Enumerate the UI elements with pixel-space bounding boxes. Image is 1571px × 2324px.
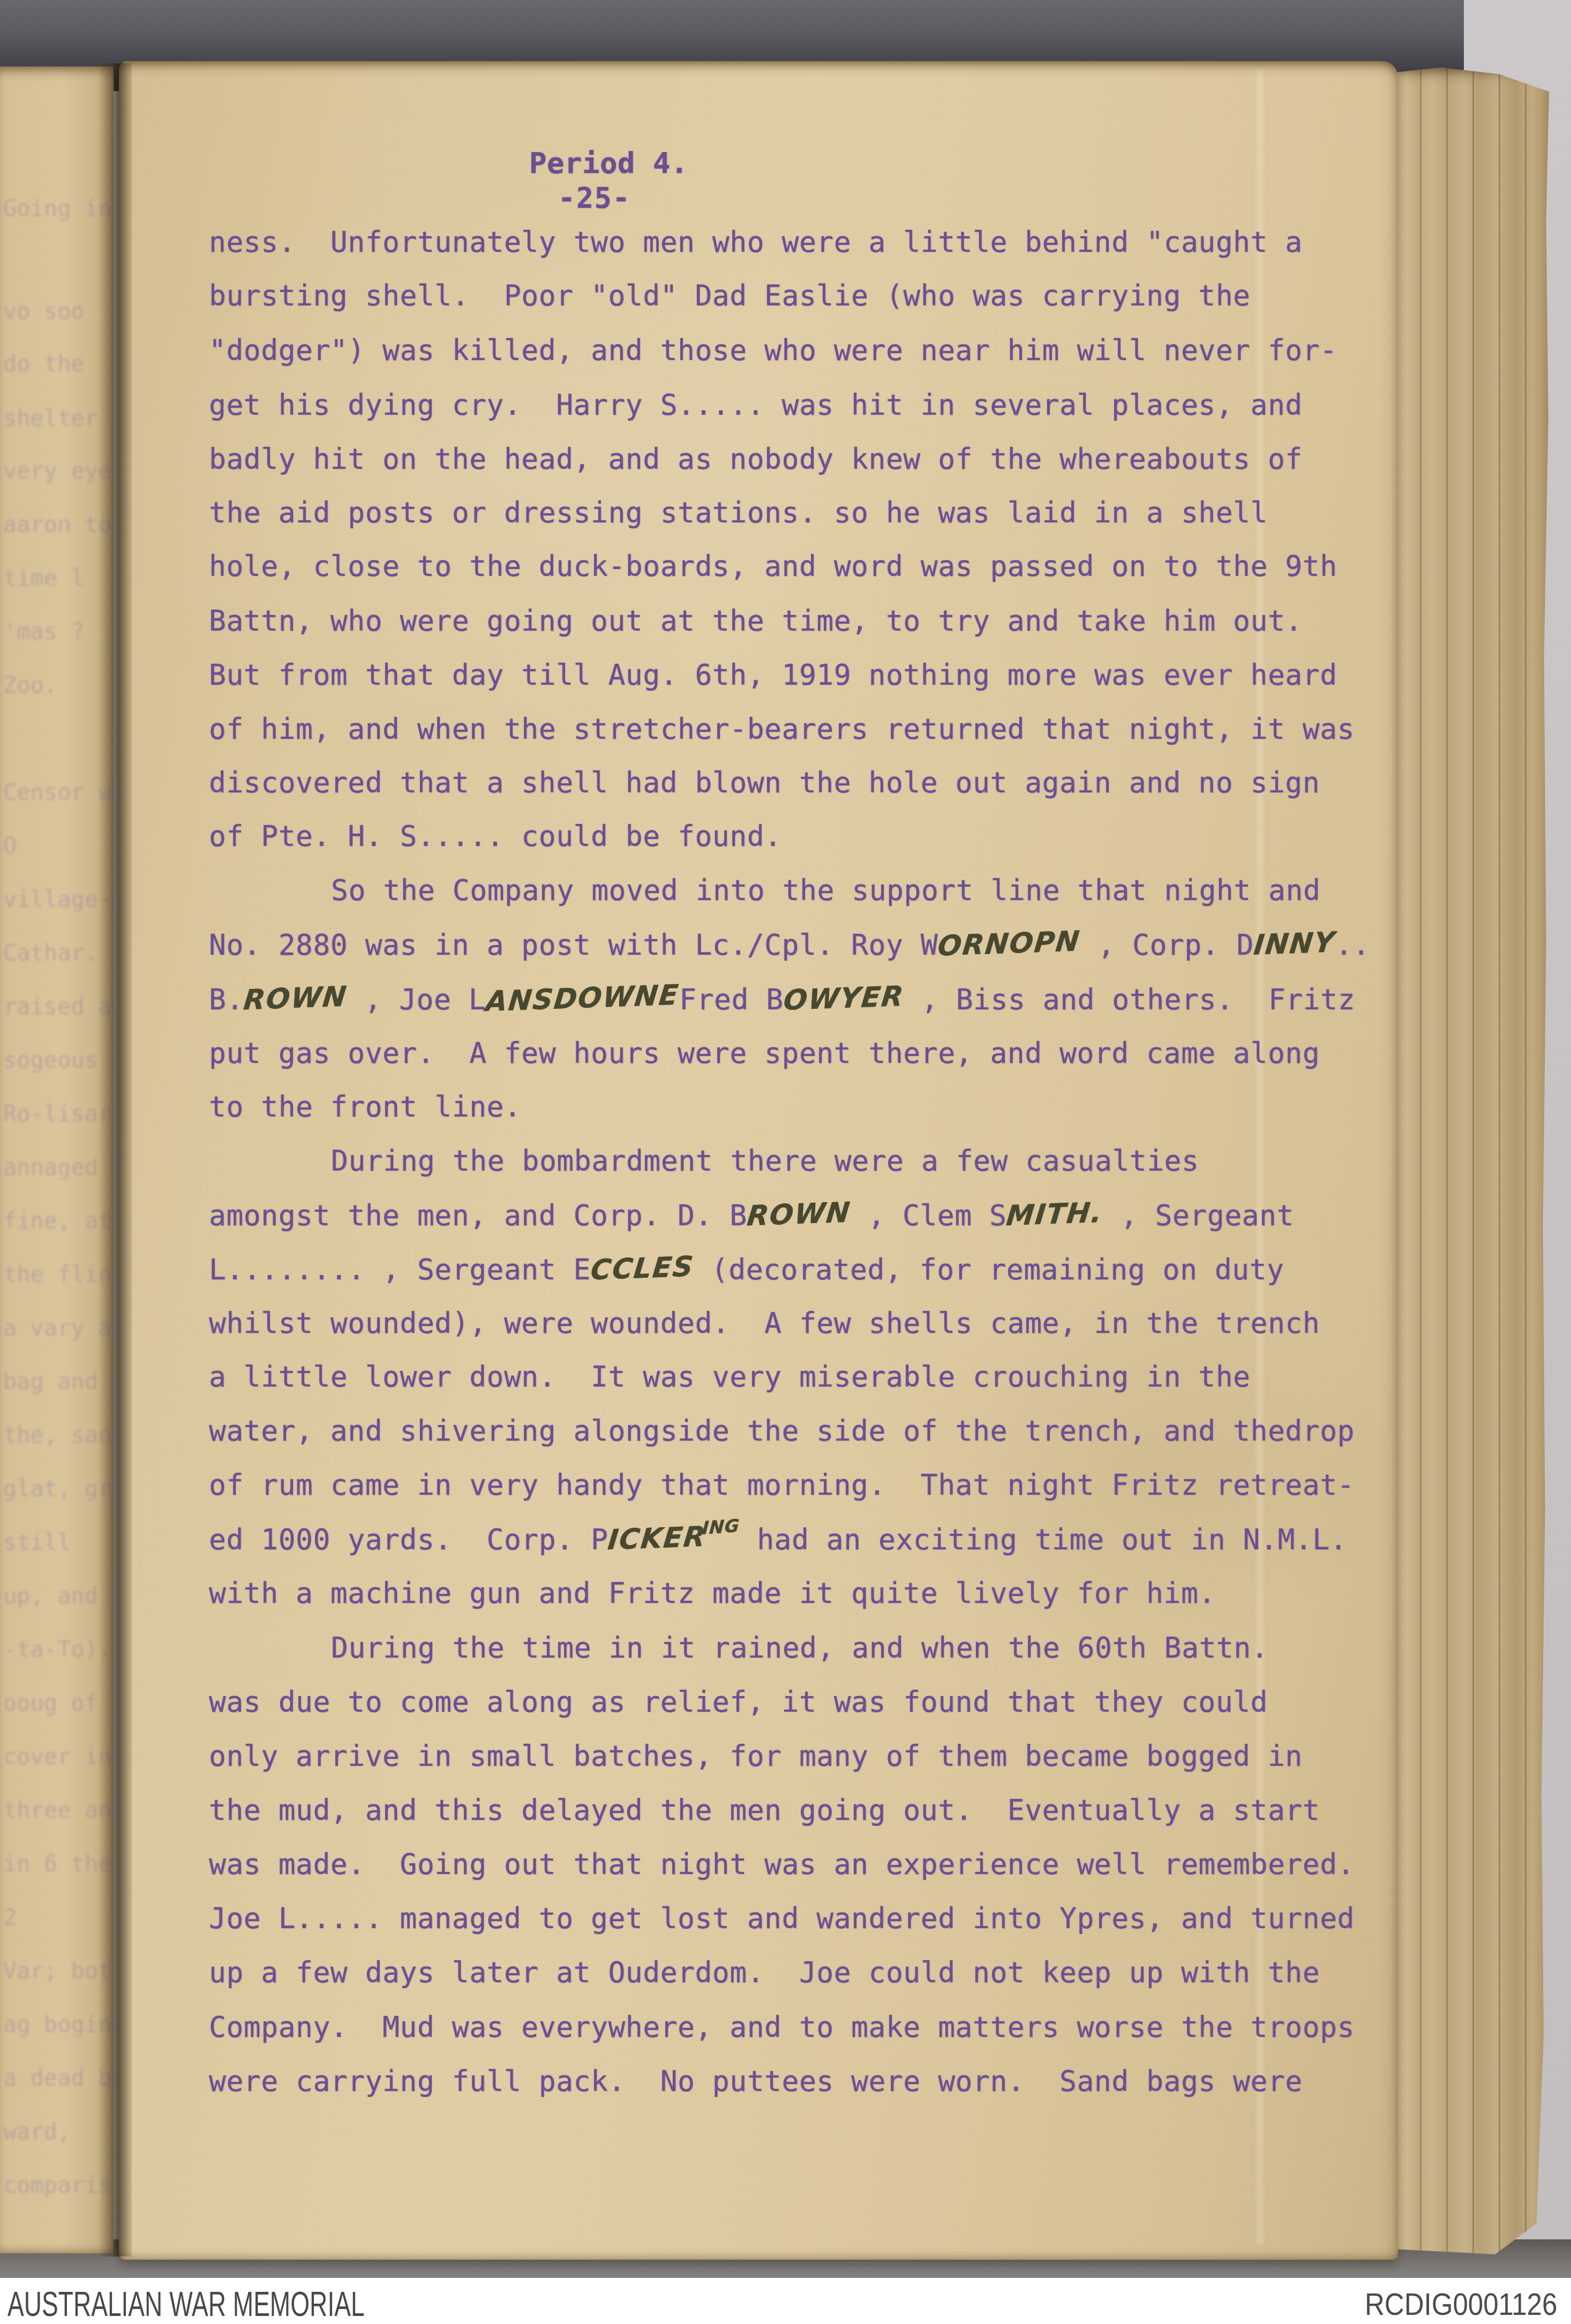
viewer-footer-bar: AUSTRALIAN WAR MEMORIAL RCDIG0001126 <box>0 2278 1571 2324</box>
typed-text: a little lower down. It was very miserab… <box>209 1361 1251 1393</box>
handwritten-correction: ROWN <box>746 1202 852 1227</box>
typed-text: was due to come along as relief, it was … <box>209 1686 1268 1719</box>
typed-line: the mud, and this delayed the men going … <box>209 1796 1320 1825</box>
typed-text: of Pte. H. S..... could be found. <box>209 820 782 853</box>
typed-text: , Joe L <box>347 984 486 1016</box>
typed-text: , Clem S <box>851 1200 1007 1232</box>
handwritten-correction: INNY <box>1253 932 1336 956</box>
typed-text: were carrying full pack. No puttees were… <box>209 2065 1303 2098</box>
typed-text: No. 2880 was in a post with Lc./Cpl. Roy… <box>209 929 938 962</box>
typed-line: hole, close to the duck-boards, and word… <box>209 552 1337 581</box>
typed-text: .. <box>1335 929 1370 962</box>
typed-line: of rum came in very handy that morning. … <box>209 1471 1355 1500</box>
typed-line: up a few days later at Ouderdom. Joe cou… <box>209 1959 1320 1987</box>
typed-text: badly hit on the head, and as nobody kne… <box>209 443 1303 476</box>
typed-line: L........ , Sergeant ECCLES (decorated, … <box>209 1256 1284 1284</box>
typed-text: only arrive in small batches, for many o… <box>209 1740 1303 1773</box>
typed-text: water, and shivering alongside the side … <box>209 1415 1355 1448</box>
typed-line: ed 1000 yards. Corp. PICKERING had an ex… <box>209 1526 1347 1554</box>
typed-text: had an exciting time out in N.M.L. <box>740 1524 1347 1556</box>
handwritten-correction: ICKER <box>607 1526 707 1551</box>
typed-text: During the bombardment there were a few … <box>331 1145 1199 1178</box>
typed-text: of rum came in very handy that morning. … <box>209 1469 1355 1502</box>
typed-text: So the Company moved into the support li… <box>331 874 1320 907</box>
page-number: -25- <box>558 184 631 213</box>
typed-text: the aid posts or dressing stations. so h… <box>209 497 1268 529</box>
typed-line: During the time in it rained, and when t… <box>331 1634 1268 1662</box>
typed-text: ed 1000 yards. Corp. P <box>209 1524 608 1556</box>
typed-text: put gas over. A few hours were spent the… <box>209 1037 1320 1070</box>
scanned-document-page: Going invo soodo thesheltervery eyeaaron… <box>0 0 1571 2324</box>
typed-line: amongst the men, and Corp. D. BROWN , Cl… <box>209 1202 1294 1230</box>
typed-line: a little lower down. It was very miserab… <box>209 1363 1251 1391</box>
typed-text-layer: Period 4. -25- ness. Unfortunately two m… <box>0 0 1571 2324</box>
typed-text: During the time in it rained, and when t… <box>331 1632 1268 1665</box>
typed-text: Battn, who were going out at the time, t… <box>209 605 1303 638</box>
typed-line: No. 2880 was in a post with Lc./Cpl. Roy… <box>209 931 1370 959</box>
typed-text: L........ , Sergeant E <box>209 1254 591 1286</box>
typed-text: , Biss and others. Fritz <box>904 984 1355 1016</box>
typed-line: badly hit on the head, and as nobody kne… <box>209 445 1303 474</box>
typed-line: whilst wounded), were wounded. A few she… <box>209 1309 1320 1338</box>
typed-text: ness. Unfortunately two men who were a l… <box>209 226 1303 259</box>
typed-line: to the front line. <box>209 1093 521 1121</box>
typed-line: was due to come along as relief, it was … <box>209 1688 1268 1716</box>
typed-text: was made. Going out that night was an ex… <box>209 1848 1355 1881</box>
typed-line: put gas over. A few hours were spent the… <box>209 1039 1320 1068</box>
typed-text: But from that day till Aug. 6th, 1919 no… <box>209 659 1337 692</box>
typed-text: B. <box>209 984 244 1016</box>
typed-text: "dodger") was killed, and those who were… <box>209 334 1337 367</box>
typed-text: (decorated, for remaining on duty <box>694 1254 1284 1286</box>
typed-text: Joe L..... managed to get lost and wande… <box>209 1902 1355 1935</box>
handwritten-correction: ROWN <box>243 986 348 1011</box>
typed-line: only arrive in small batches, for many o… <box>209 1742 1303 1771</box>
typed-line: water, and shivering alongside the side … <box>209 1417 1355 1445</box>
typed-text: with a machine gun and Fritz made it qui… <box>209 1577 1216 1610</box>
typed-line: get his dying cry. Harry S..... was hit … <box>209 391 1303 419</box>
typed-text: amongst the men, and Corp. D. B <box>209 1200 747 1232</box>
typed-text: , Sergeant <box>1103 1200 1294 1232</box>
typed-text: up a few days later at Ouderdom. Joe cou… <box>209 1956 1320 1989</box>
typed-text: hole, close to the duck-boards, and word… <box>209 550 1337 583</box>
handwritten-correction: MITH. <box>1005 1202 1104 1227</box>
handwritten-correction: ANSDOWNE <box>485 985 680 1013</box>
typed-line: bursting shell. Poor "old" Dad Easlie (w… <box>209 282 1251 310</box>
typed-line: the aid posts or dressing stations. so h… <box>209 499 1268 527</box>
typed-line: of him, and when the stretcher-bearers r… <box>209 715 1355 744</box>
typed-line: ness. Unfortunately two men who were a l… <box>209 228 1303 257</box>
typed-line: discovered that a shell had blown the ho… <box>209 769 1320 797</box>
typed-line: was made. Going out that night was an ex… <box>209 1850 1355 1879</box>
typed-line: B.ROWN , Joe LANSDOWNEFred BOWYER , Biss… <box>209 986 1355 1014</box>
typed-text: , Corp. D <box>1080 929 1254 962</box>
typed-line: "dodger") was killed, and those who were… <box>209 336 1337 365</box>
typed-text: Company. Mud was everywhere, and to make… <box>209 2011 1355 2044</box>
page-title: Period 4. <box>529 149 688 177</box>
handwritten-superscript: ING <box>702 1518 740 1536</box>
typed-text: discovered that a shell had blown the ho… <box>209 767 1320 799</box>
record-id-label: RCDIG0001126 <box>1365 2286 1557 2322</box>
typed-text: get his dying cry. Harry S..... was hit … <box>209 389 1303 422</box>
handwritten-correction: CCLES <box>590 1256 695 1281</box>
handwritten-correction: ORNOPN <box>937 931 1081 957</box>
typed-text: the mud, and this delayed the men going … <box>209 1794 1320 1827</box>
typed-line: Company. Mud was everywhere, and to make… <box>209 2013 1355 2042</box>
typed-line: Joe L..... managed to get lost and wande… <box>209 1905 1355 1933</box>
typed-line: So the Company moved into the support li… <box>331 876 1320 905</box>
typed-text: to the front line. <box>209 1091 521 1123</box>
handwritten-correction: OWYER <box>783 986 905 1011</box>
typed-line: with a machine gun and Fritz made it qui… <box>209 1579 1216 1608</box>
typed-text: bursting shell. Poor "old" Dad Easlie (w… <box>209 280 1251 312</box>
typed-line: were carrying full pack. No puttees were… <box>209 2067 1303 2096</box>
typed-line: of Pte. H. S..... could be found. <box>209 822 782 851</box>
typed-line: During the bombardment there were a few … <box>331 1147 1199 1175</box>
typed-text: of him, and when the stretcher-bearers r… <box>209 713 1355 746</box>
typed-line: Battn, who were going out at the time, t… <box>209 607 1303 635</box>
archive-name-label: AUSTRALIAN WAR MEMORIAL <box>7 2284 365 2324</box>
typed-text: Fred B <box>679 984 783 1016</box>
typed-text: whilst wounded), were wounded. A few she… <box>209 1307 1320 1340</box>
typed-line: But from that day till Aug. 6th, 1919 no… <box>209 661 1337 689</box>
